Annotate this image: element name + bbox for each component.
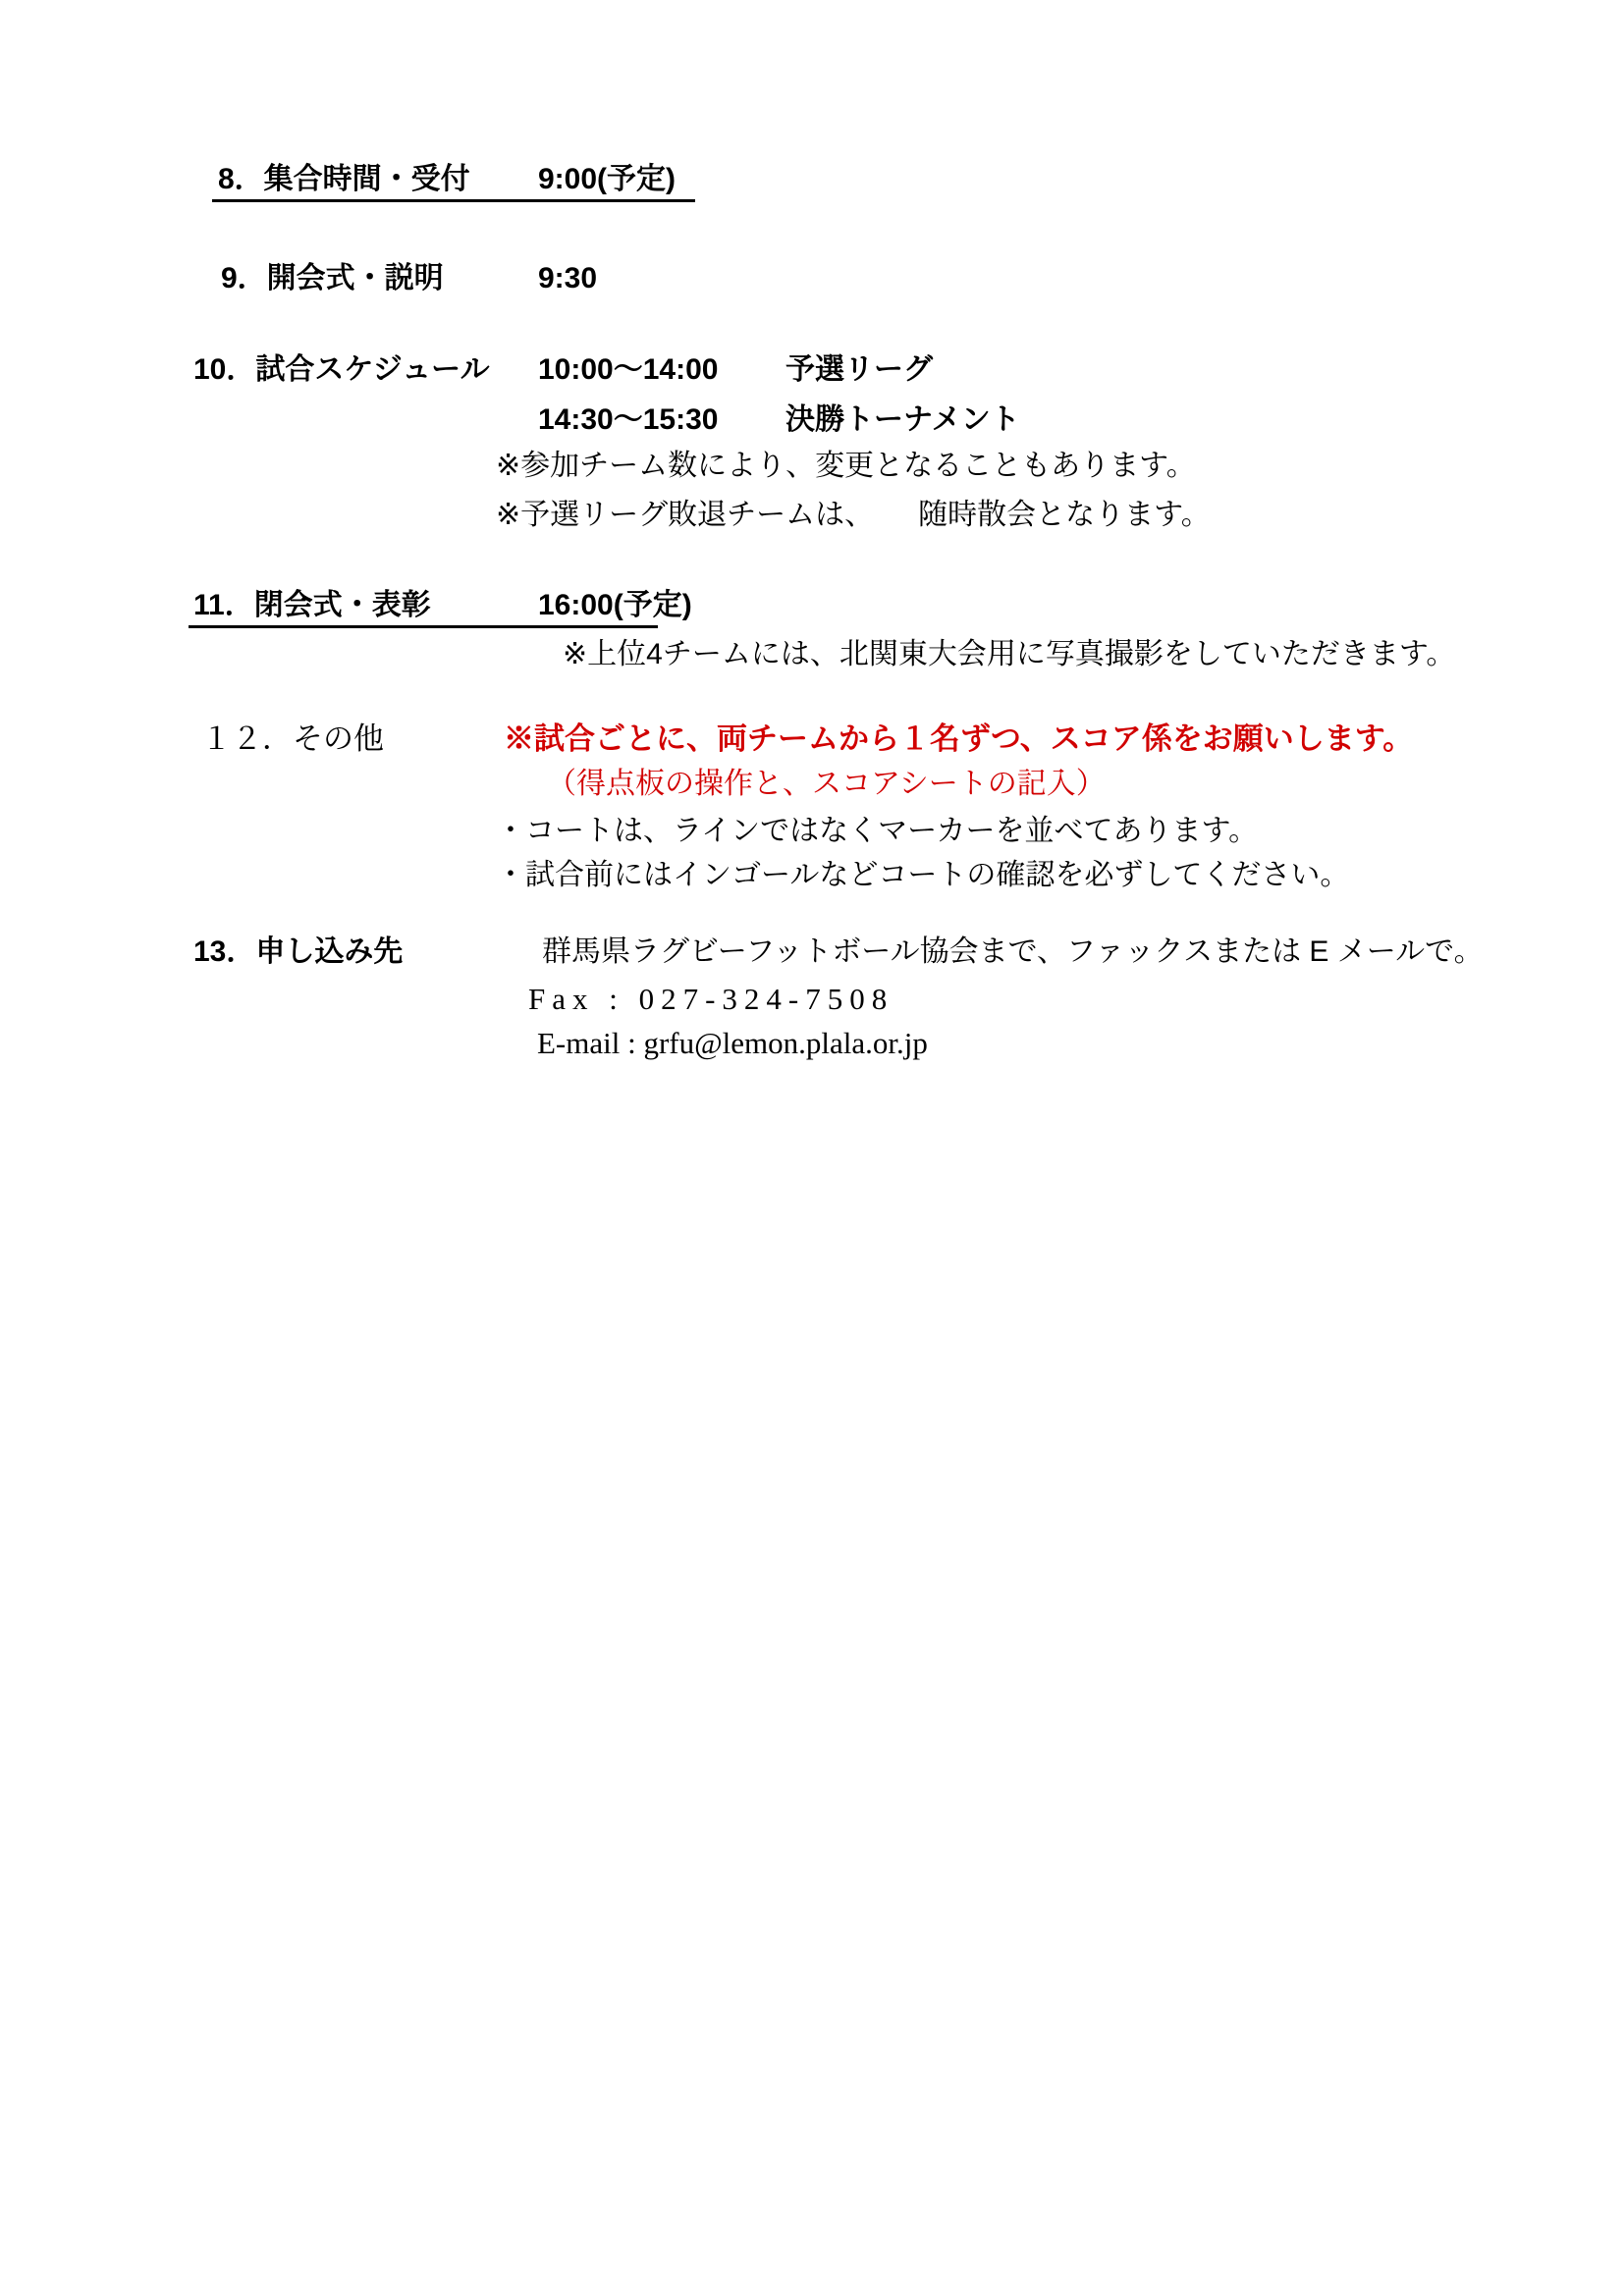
item-9-value: 9:30: [538, 262, 597, 296]
item-11-note: ※上位4チームには、北関東大会用に写真撮影をしていただきます。: [563, 638, 1455, 672]
item-10-slot1-time: 10:00～14:00: [538, 353, 718, 388]
item-12-bullet-1: ・コートは、ラインではなくマーカーを並べてあります。: [496, 815, 1258, 849]
item-13-label: 13．申し込み先: [193, 935, 403, 970]
item-12-red-note: ※試合ごとに、両チームから１名ずつ、スコア係をお願いします。: [504, 721, 1413, 757]
item-12-bullet-2: ・試合前にはインゴールなどコートの確認を必ずしてください。: [496, 859, 1349, 893]
item-12-red-detail: （得点板の操作と、スコアシートの記入）: [547, 768, 1106, 802]
item-10-label: 10．試合スケジュール: [193, 353, 490, 388]
item-8-value: 9:00(予定): [538, 163, 676, 197]
document-page: 8．集合時間・受付 9:00(予定) 9．開会式・説明 9:30 10．試合スケ…: [0, 0, 1624, 2296]
item-10-slot2-time: 14:30～15:30: [538, 403, 718, 438]
item-10-note-1: ※参加チーム数により、変更となることもあります。: [496, 450, 1196, 484]
item-11-label: 11．閉会式・表彰: [193, 589, 431, 623]
item-10-slot1-name: 予選リーグ: [785, 353, 933, 388]
item-13-fax: Fax : 027-324-7508: [528, 982, 893, 1017]
item-13-email: E-mail : grfu@lemon.plala.or.jp: [537, 1026, 928, 1061]
item-10-slot2-name: 決勝トーナメント: [785, 403, 1020, 438]
item-8-label: 8．集合時間・受付: [218, 163, 470, 197]
item-9-label: 9．開会式・説明: [221, 262, 444, 296]
item-10-note-2: ※予選リーグ敗退チームは、 随時散会となります。: [496, 499, 1211, 533]
item-11-value: 16:00(予定): [538, 589, 692, 623]
item-12-label: １２．その他: [201, 721, 384, 757]
item-8-underline: [212, 199, 695, 202]
item-11-underline: [189, 625, 658, 628]
item-13-contact-line: 群馬県ラグビーフットボール協会まで、ファックスまたは E メールで。: [542, 935, 1484, 970]
